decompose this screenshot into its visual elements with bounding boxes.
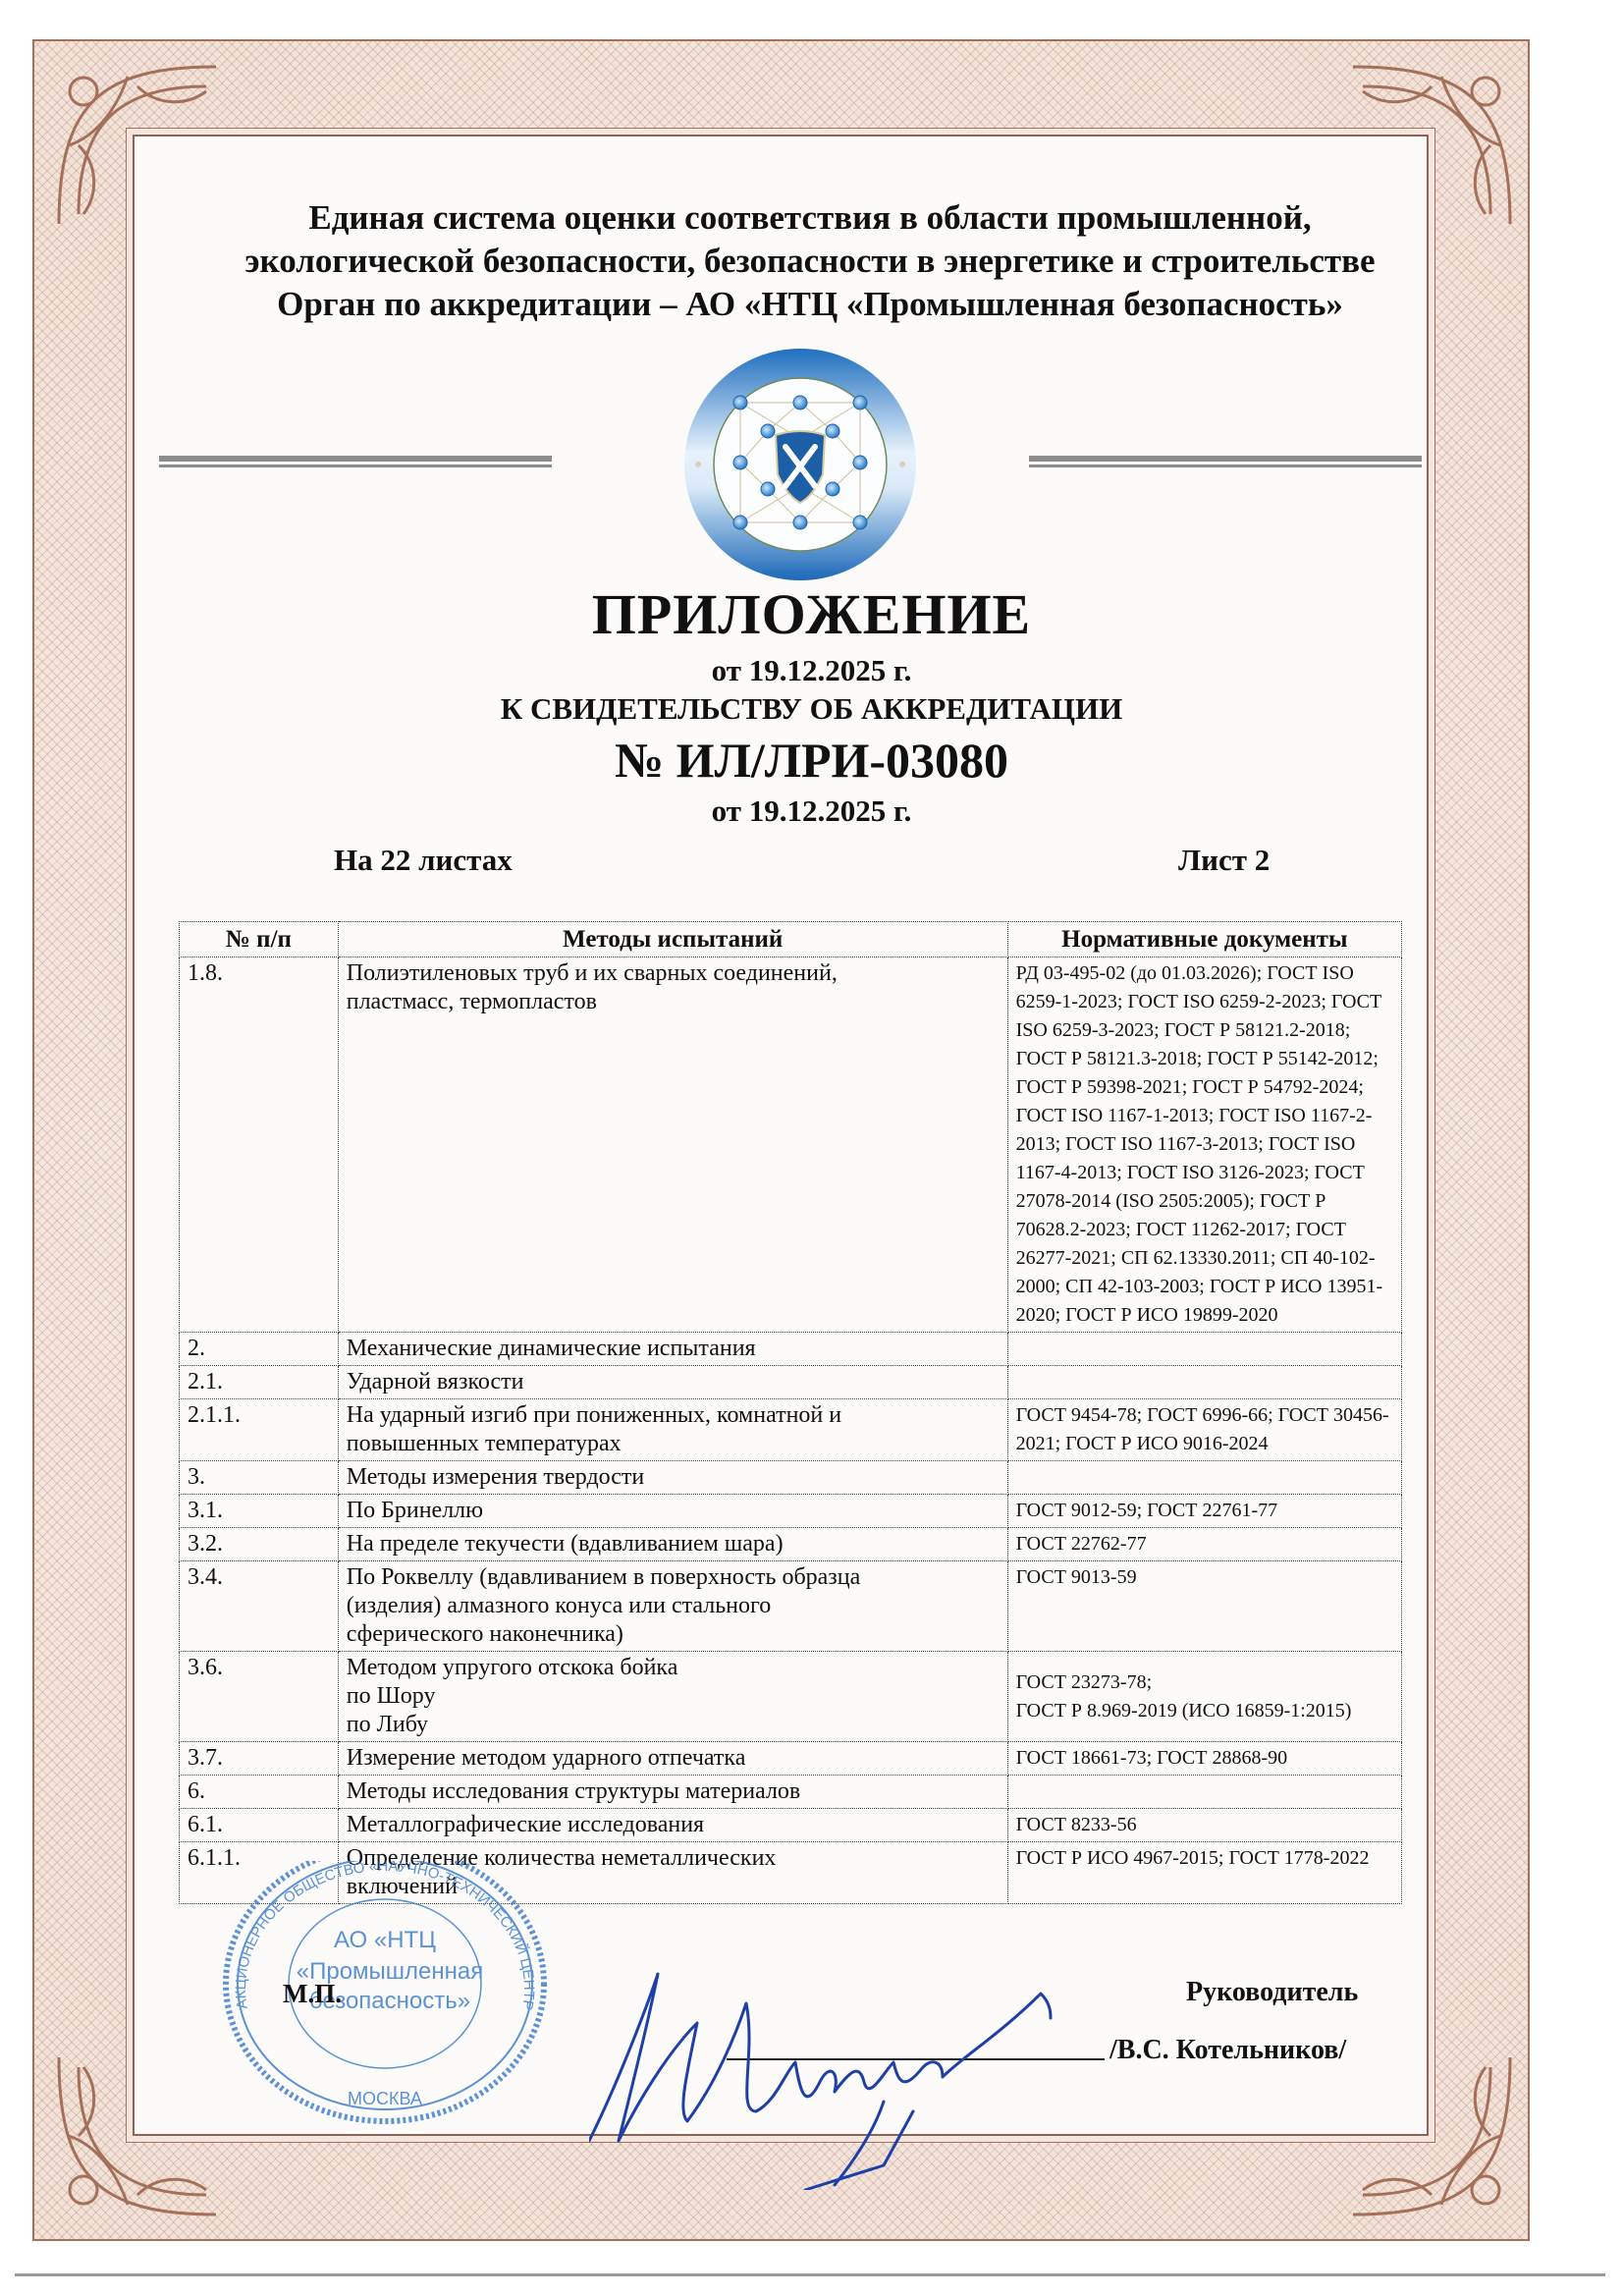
scan-edge-line [15,2273,1605,2276]
column-header-number: № п/п [180,922,339,957]
table-row: 6.Методы исследования структуры материал… [180,1776,1402,1809]
table-row: 3.7.Измерение методом ударного отпечатка… [180,1742,1402,1776]
seal-label: М.П. [283,1979,342,2009]
method-line: по Либу [347,1711,1000,1739]
stamp-city: МОСКВА [348,2089,422,2108]
decorative-rule [1029,456,1422,467]
test-method: По Бринеллю [338,1495,1007,1528]
method-line: сферического наконечника) [347,1620,1000,1649]
certificate-heading: К СВИДЕТЕЛЬСТВУ ОБ АККРЕДИТАЦИИ [0,691,1623,727]
normative-documents: РД 03-495-02 (до 01.03.2026); ГОСТ ISO 6… [1007,957,1401,1333]
test-methods-table: № п/п Методы испытаний Нормативные докум… [179,921,1402,1904]
method-line: повышенных температурах [347,1430,1000,1458]
table-row: 3.Методы измерения твердости [180,1461,1402,1495]
normative-documents: ГОСТ 22762-77 [1007,1528,1401,1561]
test-method: На ударный изгиб при пониженных, комнатн… [338,1399,1007,1461]
normative-documents: ГОСТ 18661-73; ГОСТ 28868-90 [1007,1742,1401,1776]
row-number: 6.1. [180,1809,339,1842]
table-body: 1.8.Полиэтиленовых труб и их сварных сое… [180,957,1402,1904]
table-row: 1.8.Полиэтиленовых труб и их сварных сое… [180,957,1402,1333]
test-method: Методы исследования структуры материалов [338,1776,1007,1809]
normative-documents: ГОСТ 8233-56 [1007,1809,1401,1842]
normative-documents: ГОСТ Р ИСО 4967-2015; ГОСТ 1778-2022 [1007,1842,1401,1904]
method-line: Методы измерения твердости [347,1463,1000,1492]
row-number: 3.2. [180,1528,339,1561]
corner-ornament-icon [39,2038,236,2234]
normative-documents: ГОСТ 23273-78; ГОСТ Р 8.969-2019 (ИСО 16… [1007,1652,1401,1742]
corner-ornament-icon [1333,2038,1530,2234]
row-number: 6. [180,1776,339,1809]
table-row: 2.Механические динамические испытания [180,1333,1402,1366]
decorative-rule [159,456,552,467]
method-line: Металлографические исследования [347,1811,1000,1839]
test-method: Методы измерения твердости [338,1461,1007,1495]
shield-crossed-hammers-logo-icon [677,349,923,584]
test-method: Полиэтиленовых труб и их сварных соедине… [338,957,1007,1333]
method-line: Полиэтиленовых труб и их сварных соедине… [347,959,1000,988]
method-line: По Роквеллу (вдавливанием в поверхность … [347,1563,1000,1592]
table-row: 6.1.Металлографические исследованияГОСТ … [180,1809,1402,1842]
official-stamp: АКЦИОНЕРНОЕ ОБЩЕСТВО «НАУЧНО-ТЕХНИЧЕСКИЙ… [218,1861,571,2126]
total-sheets: На 22 листах [334,843,513,878]
column-header-documents: Нормативные документы [1007,922,1401,957]
method-line: Методы исследования структуры материалов [347,1777,1000,1806]
method-line: Методом упругого отскока бойка [347,1654,1000,1682]
stamp-center-line: АО «НТЦ [334,1927,436,1953]
row-number: 3. [180,1461,339,1495]
method-line: пластмасс, термопластов [347,988,1000,1016]
certificate-number: № ИЛ/ЛРИ-03080 [0,732,1623,789]
test-method: По Роквеллу (вдавливанием в поверхность … [338,1561,1007,1652]
document-title: ПРИЛОЖЕНИЕ [0,581,1623,647]
table-row: 2.1.1.На ударный изгиб при пониженных, к… [180,1399,1402,1461]
normative-documents [1007,1333,1401,1366]
row-number: 1.8. [180,957,339,1333]
test-method: Металлографические исследования [338,1809,1007,1842]
column-header-methods: Методы испытаний [338,922,1007,957]
normative-documents [1007,1461,1401,1495]
method-line: по Шору [347,1682,1000,1711]
row-number: 3.7. [180,1742,339,1776]
org-line: экологической безопасности, безопасности… [177,240,1443,283]
method-line: На пределе текучести (вдавливанием шара) [347,1530,1000,1558]
method-line: Ударной вязкости [347,1368,1000,1396]
table-row: 3.2.На пределе текучести (вдавливанием ш… [180,1528,1402,1561]
row-number: 3.4. [180,1561,339,1652]
row-number: 2.1.1. [180,1399,339,1461]
sheet-number: Лист 2 [1178,843,1270,878]
certificate-date: от 19.12.2025 г. [0,793,1623,829]
appendix-date: от 19.12.2025 г. [0,653,1623,688]
table-row: 2.1.Ударной вязкости [180,1366,1402,1399]
table-row: 3.1.По БринеллюГОСТ 9012-59; ГОСТ 22761-… [180,1495,1402,1528]
normative-documents: ГОСТ 9012-59; ГОСТ 22761-77 [1007,1495,1401,1528]
signatory-name: /В.С. Котельников/ [1109,2035,1346,2066]
row-number: 3.1. [180,1495,339,1528]
org-line: Орган по аккредитации – АО «НТЦ «Промышл… [177,283,1443,326]
method-line: (изделия) алмазного конуса или стального [347,1592,1000,1620]
signatory-position: Руководитель [1186,1977,1358,2008]
test-method: Механические динамические испытания [338,1333,1007,1366]
test-method: Методом упругого отскока бойкапо Шорупо … [338,1652,1007,1742]
handwritten-signature-icon [589,1964,1080,2190]
row-number: 3.6. [180,1652,339,1742]
normative-documents: ГОСТ 9454-78; ГОСТ 6996-66; ГОСТ 30456-2… [1007,1399,1401,1461]
row-number: 2. [180,1333,339,1366]
normative-documents [1007,1776,1401,1809]
test-method: На пределе текучести (вдавливанием шара) [338,1528,1007,1561]
method-line: На ударный изгиб при пониженных, комнатн… [347,1401,1000,1430]
test-method: Ударной вязкости [338,1366,1007,1399]
issuing-organization: Единая система оценки соответствия в обл… [177,196,1443,326]
test-method: Измерение методом ударного отпечатка [338,1742,1007,1776]
row-number: 2.1. [180,1366,339,1399]
method-line: Механические динамические испытания [347,1335,1000,1363]
method-line: По Бринеллю [347,1497,1000,1525]
table-row: 3.4.По Роквеллу (вдавливанием в поверхно… [180,1561,1402,1652]
table-row: 3.6.Методом упругого отскока бойкапо Шор… [180,1652,1402,1742]
normative-documents: ГОСТ 9013-59 [1007,1561,1401,1652]
normative-documents [1007,1366,1401,1399]
table-header-row: № п/п Методы испытаний Нормативные докум… [180,922,1402,957]
org-line: Единая система оценки соответствия в обл… [177,196,1443,240]
method-line: Измерение методом ударного отпечатка [347,1744,1000,1773]
